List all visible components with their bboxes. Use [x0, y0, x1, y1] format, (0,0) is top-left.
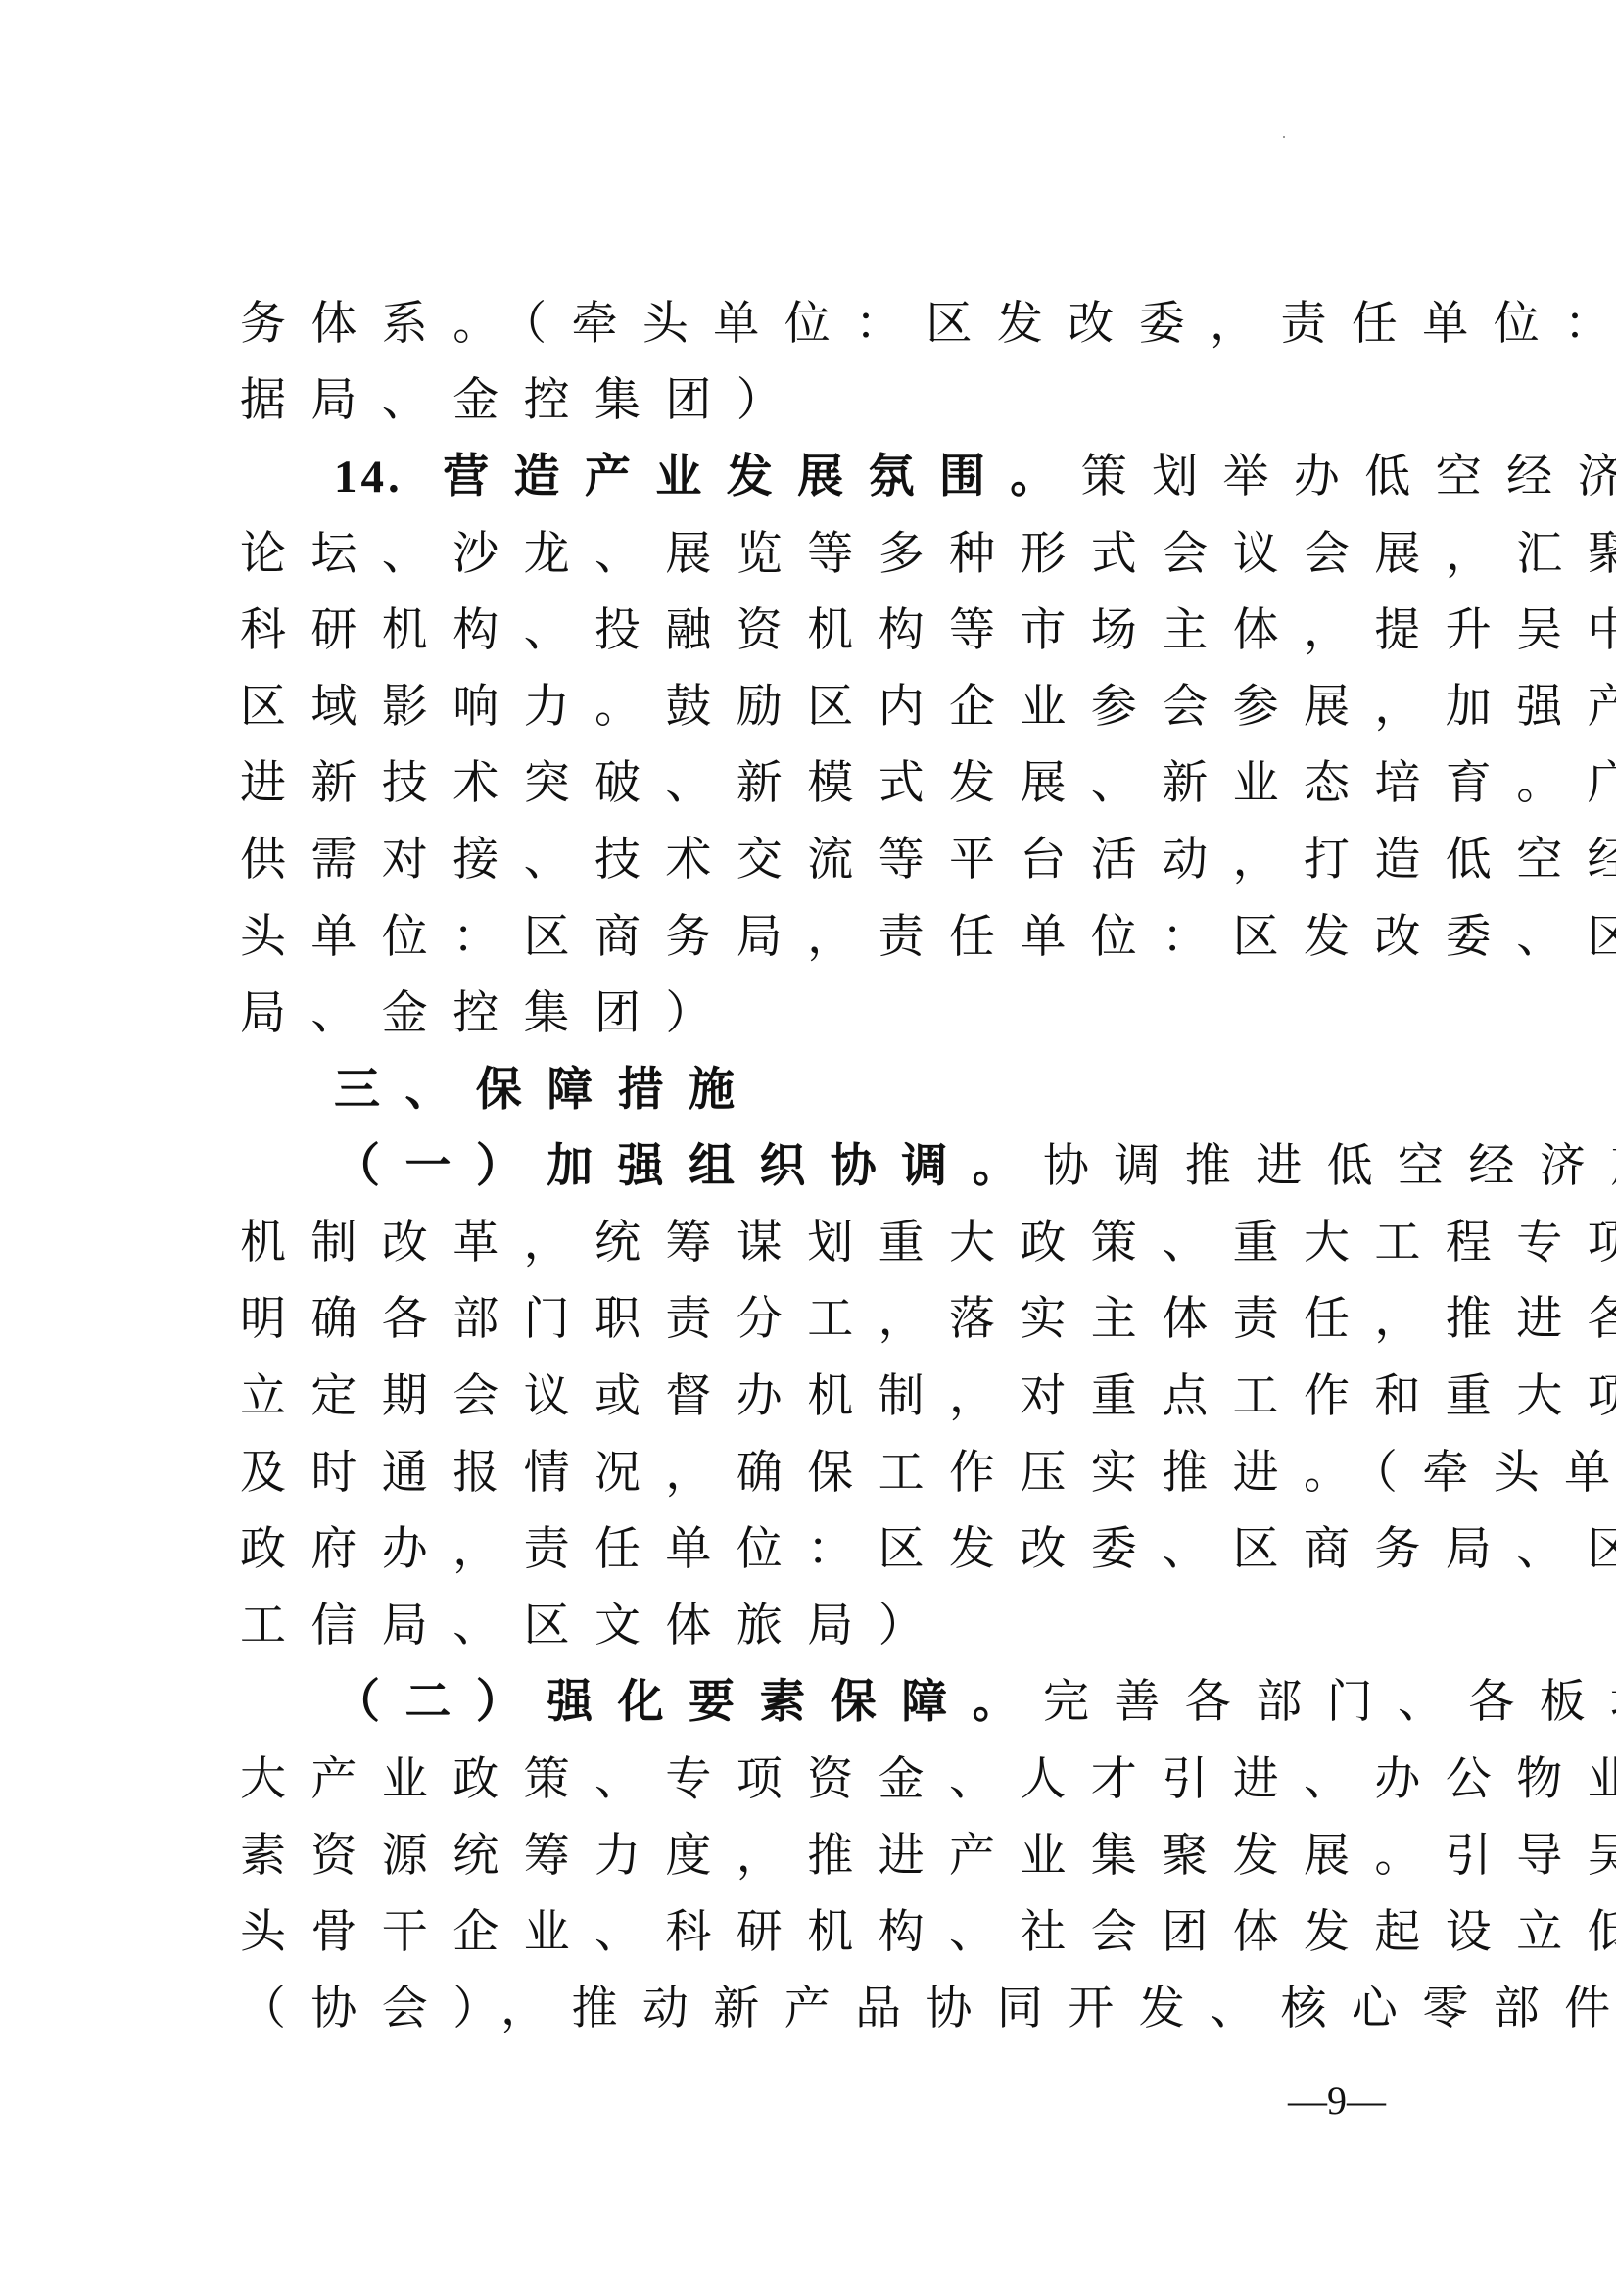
paragraph-3-2: （二）强化要素保障。完善各部门、各板块协作机制，加 大产业政策、专项资金、人才引… — [240, 1664, 1396, 2047]
text-line: 据局、金控集团） — [240, 362, 1396, 439]
subsection-text: 协调推进低空经济产业发展及体制 — [1043, 1139, 1616, 1193]
text-line: 区域影响力。鼓励区内企业参会参展，加强产业交流合作，促 — [240, 669, 1396, 745]
item-text: 策划举办低空经济相关招商峰会、 — [1081, 450, 1616, 503]
text-line: 素资源统筹力度，推进产业集聚发展。引导吴中区低空经济龙 — [240, 1818, 1396, 1894]
text-line: 科研机构、投融资机构等市场主体，提升吴中低空经济发展的 — [240, 593, 1396, 669]
text-line: 及时通报情况，确保工作压实推进。（牵头单位：区委办、区 — [240, 1435, 1396, 1511]
text-line: 14. 营造产业发展氛围。策划举办低空经济相关招商峰会、 — [240, 439, 1396, 515]
subsection-text: 完善各部门、各板块协作机制，加 — [1043, 1675, 1616, 1729]
text-line: 务体系。（牵头单位：区发改委，责任单位：区财政局、区数 — [240, 286, 1396, 362]
scan-speck — [1283, 136, 1285, 138]
text-line: 供需对接、技术交流等平台活动，打造低空经济生态圈。（牵 — [240, 822, 1396, 898]
paragraph-3-1: （一）加强组织协调。协调推进低空经济产业发展及体制 机制改革，统筹谋划重大政策、… — [240, 1128, 1396, 1664]
document-body: 务体系。（牵头单位：区发改委，责任单位：区财政局、区数 据局、金控集团） 14.… — [240, 286, 1396, 2047]
text-line: （二）强化要素保障。完善各部门、各板块协作机制，加 — [240, 1664, 1396, 1741]
item-number: 14. — [334, 452, 404, 502]
item-heading: 营造产业发展氛围。 — [443, 450, 1081, 503]
subsection-heading: （一）加强组织协调。 — [334, 1139, 1043, 1193]
text-line: 头骨干企业、科研机构、社会团体发起设立低空经济产业联盟 — [240, 1894, 1396, 1971]
text-line: 大产业政策、专项资金、人才引进、办公物业、建设用地等要 — [240, 1742, 1396, 1818]
text-line: 政府办，责任单位：区发改委、区商务局、区交通运输局、区 — [240, 1511, 1396, 1588]
subsection-heading: （二）强化要素保障。 — [334, 1675, 1043, 1729]
text-line: 工信局、区文体旅局） — [240, 1588, 1396, 1664]
text-line: 立定期会议或督办机制，对重点工作和重大项目纳入督办台账， — [240, 1359, 1396, 1435]
text-line: 进新技术突破、新模式发展、新业态培育。广泛开展政策推介、 — [240, 745, 1396, 822]
text-line: 局、金控集团） — [240, 976, 1396, 1052]
document-page: 务体系。（牵头单位：区发改委，责任单位：区财政局、区数 据局、金控集团） 14.… — [0, 0, 1616, 2296]
section-heading: 三、保障措施 — [240, 1052, 1396, 1128]
text-line: （协会），推动新产品协同开发、核心零部件协同验证、供应 — [240, 1971, 1396, 2047]
text-line: 机制改革，统筹谋划重大政策、重大工程专项和重要工作安排。 — [240, 1205, 1396, 1281]
text-line: 明确各部门职责分工，落实主体责任，推进各项工作落实。建 — [240, 1281, 1396, 1358]
text-line: 头单位：区商务局，责任单位：区发改委、区工信局、区科技 — [240, 899, 1396, 976]
paragraph-continuation: 务体系。（牵头单位：区发改委，责任单位：区财政局、区数 据局、金控集团） — [240, 286, 1396, 439]
page-number: —9— — [1273, 2077, 1401, 2126]
text-line: （一）加强组织协调。协调推进低空经济产业发展及体制 — [240, 1128, 1396, 1205]
paragraph-item-14: 14. 营造产业发展氛围。策划举办低空经济相关招商峰会、 论坛、沙龙、展览等多种… — [240, 439, 1396, 1052]
text-line: 论坛、沙龙、展览等多种形式会议会展，汇聚国内外知名企业、 — [240, 516, 1396, 593]
